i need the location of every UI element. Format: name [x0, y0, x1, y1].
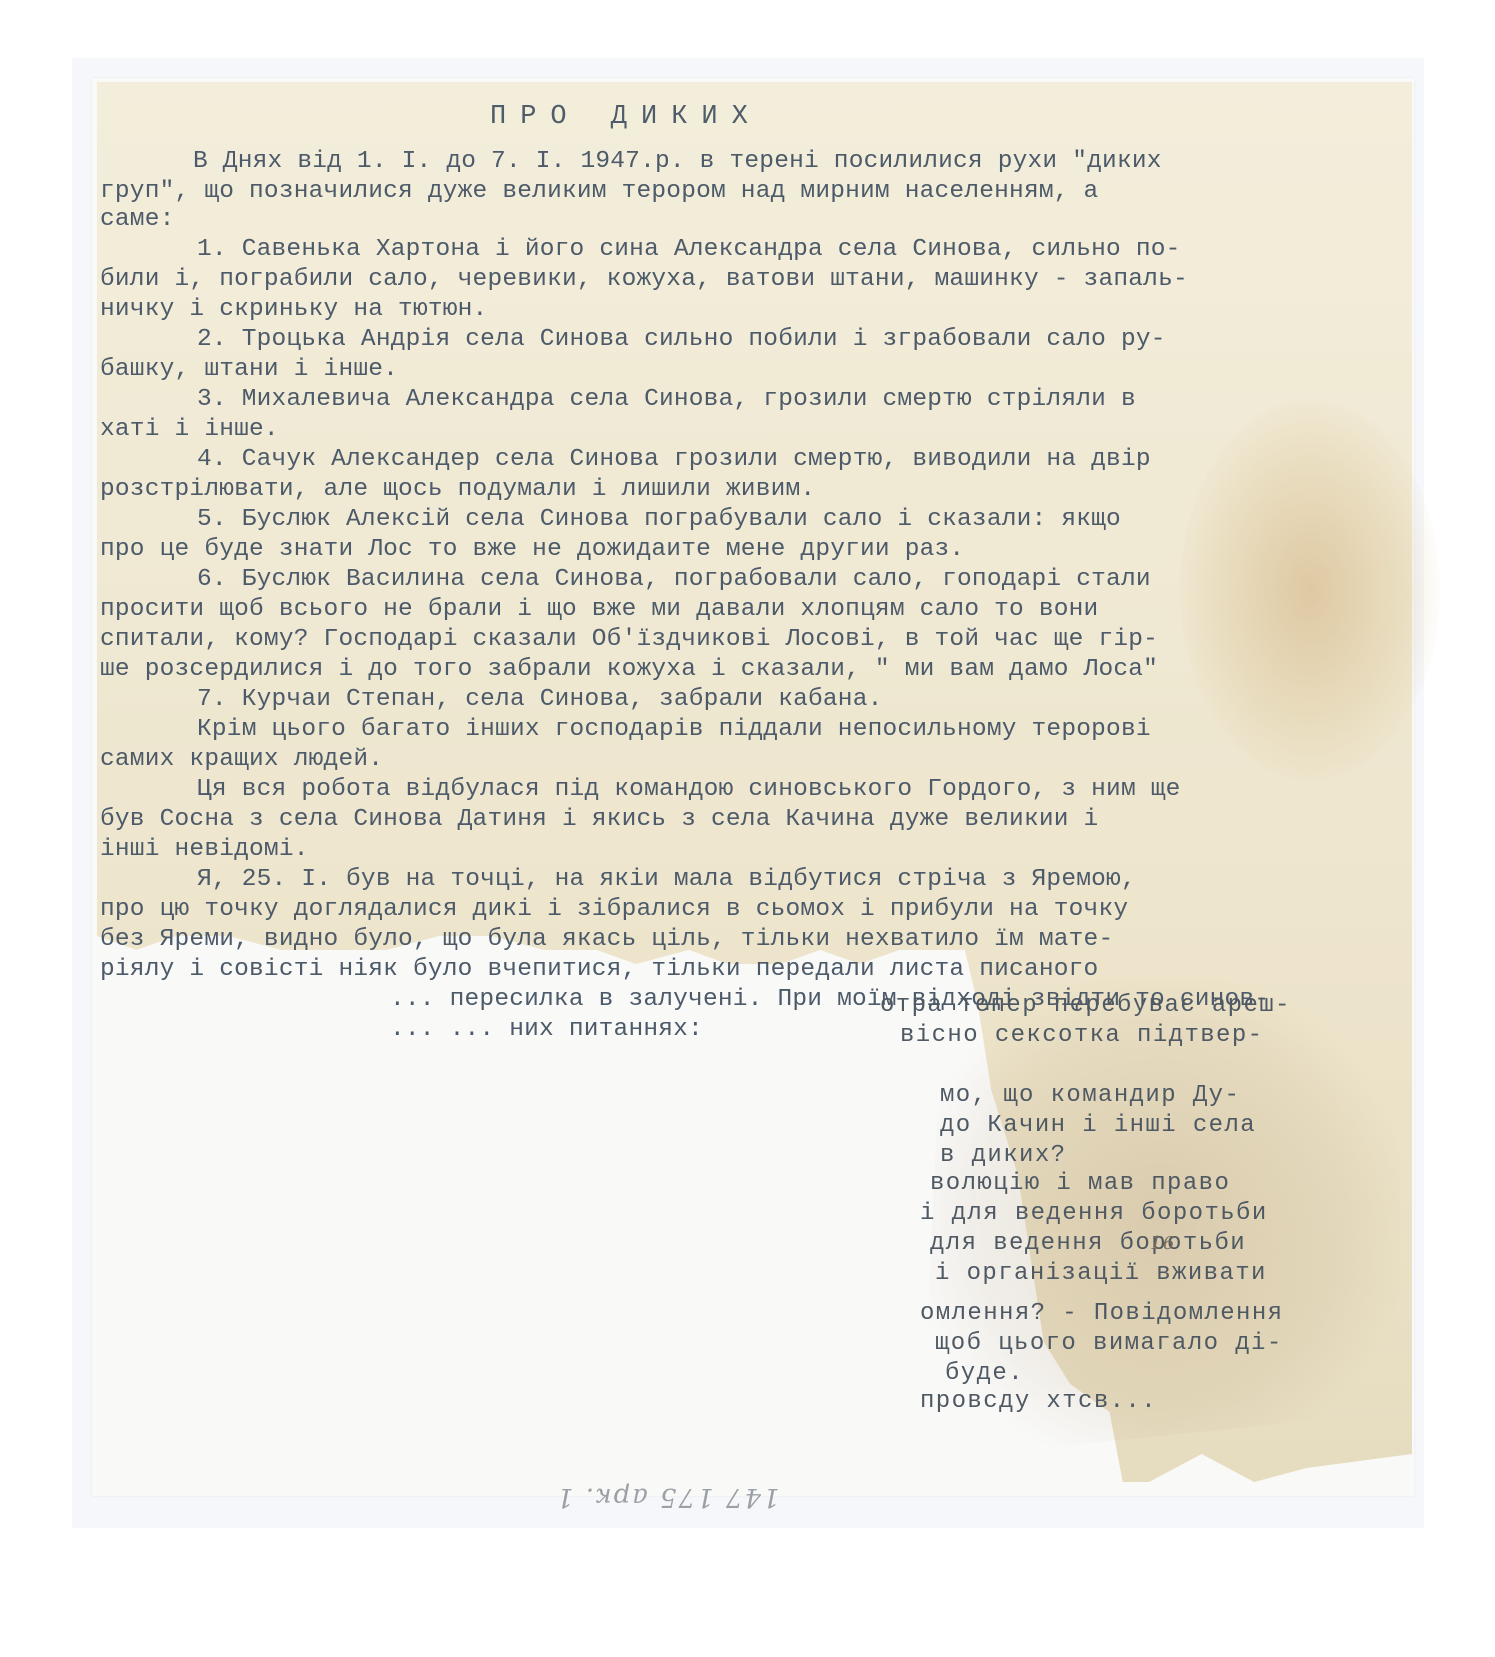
text-line: просити щоб всього не брали і що вже ми … — [100, 596, 1098, 623]
text-line: 4. Сачук Александер села Синова грозили … — [197, 446, 1151, 473]
text-line: 6. Буслюк Василина села Синова, пограбов… — [197, 566, 1151, 593]
torn-text-line: в диких? — [940, 1142, 1066, 1169]
torn-text-line: вісно сексотка підтвер- — [900, 1022, 1263, 1049]
text-line: 3. Михалевича Александра села Синова, гр… — [197, 386, 1136, 413]
archival-pencil-note: 147 175 арк. 1 — [555, 1482, 780, 1512]
text-line: Ця вся робота відбулася під командою син… — [197, 776, 1181, 803]
torn-text-line: провсду хтсв... — [920, 1388, 1157, 1415]
torn-text-line: буде. — [945, 1360, 1024, 1387]
text-line: ше розсердилися і до того забрали кожуха… — [100, 656, 1158, 683]
water-stain — [1180, 400, 1440, 780]
text-line: ничку і скриньку на тютюн. — [100, 296, 487, 323]
text-line: 2. Троцька Андрія села Синова сильно поб… — [197, 326, 1166, 353]
torn-text-line: для ведення боротьби — [930, 1230, 1246, 1257]
text-line: хаті і інше. — [100, 416, 279, 443]
text-line: 5. Буслюк Алексій села Синова пограбувал… — [197, 506, 1121, 533]
text-line: били і, пограбили сало, черевики, кожуха… — [100, 266, 1188, 293]
document-title: ПРО ДИКИХ — [490, 102, 762, 132]
text-line: про це буде знати Лос то вже не дожидаит… — [100, 536, 964, 563]
text-line: був Сосна з села Синова Датиня і якись з… — [100, 806, 1098, 833]
text-line: ріялу і совісті ніяк було вчепитися, тіл… — [100, 956, 1098, 983]
torn-text-line: щоб цього вимагало ді- — [935, 1330, 1283, 1357]
text-line: башку, штани і інше. — [100, 356, 398, 383]
text-line: спитали, кому? Господарі сказали Об'їздч… — [100, 626, 1158, 653]
torn-text-line: до Качин і інші села — [940, 1112, 1256, 1139]
torn-text-line: і для ведення боротьби — [920, 1200, 1268, 1227]
text-line: Крім цього багато інших господарів підда… — [197, 716, 1151, 743]
text-line: 7. Курчаи Степан, села Синова, забрали к… — [197, 686, 883, 713]
text-line: про цю точку доглядалися дикі і зібралис… — [100, 896, 1128, 923]
torn-text-line: отра тепер перебуває ареш- — [880, 992, 1291, 1019]
text-line: ... ... них питаннях: — [390, 1016, 703, 1043]
text-line: саме: — [100, 206, 175, 233]
torn-text-line: омлення? - Повідомлення — [920, 1300, 1283, 1327]
torn-text-line: волюцію і мав право — [930, 1170, 1230, 1197]
text-line: інші невідомі. — [100, 836, 309, 863]
margin-page-mark: 16 — [1150, 1233, 1176, 1254]
torn-text-line: мо, що командир Ду- — [940, 1082, 1240, 1109]
text-line: Я, 25. І. був на точці, на якіи мала від… — [197, 866, 1136, 893]
text-line: самих кращих людей. — [100, 746, 383, 773]
text-line: В Днях від 1. І. до 7. І. 1947.р. в тере… — [193, 148, 1162, 175]
text-line: без Яреми, видно було, що була якась ціл… — [100, 926, 1113, 953]
torn-text-line: і організації вживати — [935, 1260, 1267, 1287]
text-line: 1. Савенька Хартона і його сина Александ… — [197, 236, 1181, 263]
text-line: розстрілювати, але щось подумали і лишил… — [100, 476, 815, 503]
text-line: груп", що позначилися дуже великим терор… — [100, 178, 1098, 205]
